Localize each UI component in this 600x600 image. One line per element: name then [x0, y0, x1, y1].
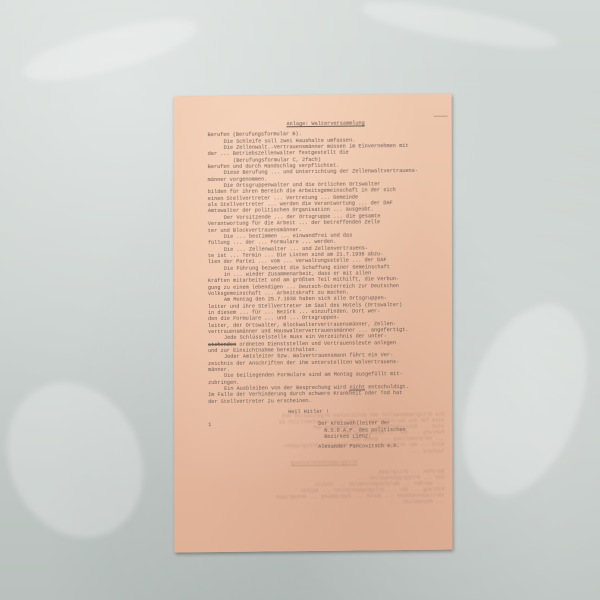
background-cloth-fold [359, 0, 561, 57]
signature-block: 1 Der Kreiswahlleiter derN.S.D.A.P. des … [208, 420, 444, 451]
document-title: Anlage: Walterversammlung [208, 120, 444, 129]
signatory-name: Alexander Pancovitsch e.h. [318, 442, 444, 450]
closing-greeting: Heil Hitler ! [208, 408, 444, 417]
underlined-emphasis: nicht [349, 385, 365, 391]
background-cloth-fold [0, 360, 168, 560]
typewritten-document-sheet: Die Ortsgruppenwalter der politischen Or… [174, 94, 453, 553]
background-cloth-fold [18, 7, 202, 92]
document-body: Berufen (Berufungsformular B).Die Schlei… [208, 130, 444, 405]
signature-lines: Der Kreiswahlleiter derN.S.D.A.P. des po… [208, 420, 444, 451]
enclosure-marker: 1 [208, 423, 211, 429]
signature-line: Bezirkes Lienz: [318, 433, 444, 441]
document-text-line: der Stellvertreter zu erscheinen. [208, 396, 444, 405]
bleed-through-line: ... Hauswalter ... [204, 499, 444, 508]
struck-word: stehenden [208, 341, 236, 347]
paper-mark [434, 116, 448, 117]
document-content: Anlage: Walterversammlung Berufen (Beruf… [208, 120, 445, 451]
background-cloth-fold [439, 287, 600, 513]
bleed-through-line: Ortsgruppenbesprechung [204, 458, 444, 467]
